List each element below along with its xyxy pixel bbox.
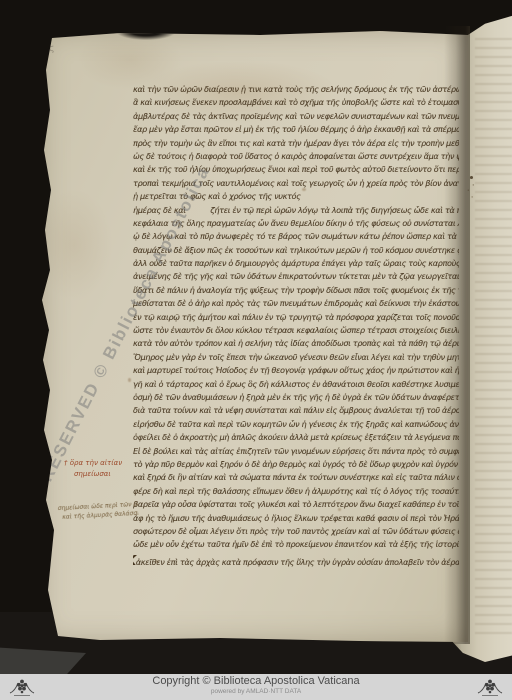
manuscript-text-line: ἀφ ἧς τὸ ἥμισυ τῆς ἀναθυμιάσεως ὁ ἥλιος …	[133, 514, 459, 527]
manuscript-text-line: ἀλλ οὐδὲ ταῦτα παρῆκεν ὁ δημιουργὸς ἀμάρ…	[133, 259, 459, 272]
manuscript-text-line: ᾗ μετρεῖται τὸ φῶς καὶ ὁ χρόνος τῆς νυκτ…	[133, 192, 459, 205]
manuscript-text-line: ὁσμὴ δὲ τῶν ἀναθυμιάσεων ἡ ξηρὰ μὲν ἐκ τ…	[133, 393, 459, 406]
marginal-note-red: † ὅρα τὴν αἰτίαν σημείωσαι	[64, 458, 134, 480]
facing-page-showthrough	[475, 38, 512, 636]
manuscript-text-line: διὰ ταῦτα τοίνυν καὶ τὰ νέφη συνίσταται …	[133, 406, 459, 419]
manuscript-text-line: Εἰ δὲ βούλει καὶ τὰς αἰτίας ἐπιζητεῖν τῶ…	[133, 447, 459, 460]
manuscript-text-line: ὕδατι δὲ πάλιν ἡ ἀναλογία τῆς ψύξεως τὴν…	[133, 286, 459, 299]
manuscript-text-line: ἐν τῷ καιρῷ τῆς ἀμήτου καὶ πάλιν ἐν τῷ τ…	[133, 313, 459, 326]
book-gutter-shadow	[444, 26, 470, 644]
ink-smudge	[470, 176, 473, 179]
cloth-fold-shadow	[116, 22, 176, 40]
marginal-note-red-line: † ὅρα τὴν αἰτίαν	[64, 458, 134, 469]
copyright-bar-text: Copyright © Biblioteca Apostolica Vatica…	[0, 675, 512, 696]
copyright-bar: Copyright © Biblioteca Apostolica Vatica…	[0, 674, 512, 700]
manuscript-text-line: κατὰ τὸν αὐτὸν τρόπον καὶ ἡ σελήνη τὰς ἰ…	[133, 339, 459, 352]
manuscript-text-line: ἃ καὶ κινήσεως ἕνεκεν προσλαμβάνει καὶ τ…	[133, 98, 459, 111]
marginal-note-brown: σημείωσαι ὧδε περὶ τῶν ὑδάτων καὶ τῆς ἁλ…	[58, 500, 139, 522]
manuscript-text-line: ᾧ δὲ λόγῳ καὶ τὸ πῦρ ἀνωφερὲς τό τε βάρο…	[133, 232, 459, 245]
manuscript-text-line: Κἀκεῖθεν ἐπὶ τὰς ἀρχὰς κατὰ πρόφασιν τῆς…	[133, 554, 459, 567]
manuscript-text-line: ὡς δὲ τούτοις ἡ διαφορὰ τοῦ ὕδατος ὁ και…	[133, 152, 459, 165]
manuscript-text-line: ὧδε μὲν οὖν ἐχέτω ταῦτα ἡμῖν δὲ ἐπὶ τὸ π…	[133, 540, 459, 553]
manuscript-text-line: Ὅμηρος μὲν γὰρ ἐν τοῖς ἔπεσι τὴν ὠκεανοῦ…	[133, 353, 459, 366]
manuscript-text-line: ὀφείλει δὲ ὁ ἀκροατὴς μὴ ἁπλῶς ἀκούειν ἀ…	[133, 433, 459, 446]
manuscript-text-line: θαυμάζειν δὲ ἄξιον πῶς ἐκ τοσούτων καὶ τ…	[133, 246, 459, 259]
manuscript-page: ϛ καὶ τὴν τῶν ὡρῶν διαίρεσιν ᾗ τινι κατὰ…	[40, 30, 468, 642]
foxing-spot	[128, 378, 131, 382]
manuscript-text-line: τροπαὶ τεκμήρια τοῖς ναυτιλλομένοις καὶ …	[133, 179, 459, 192]
manuscript-text-line: καὶ τὴν τῶν ὡρῶν διαίρεσιν ᾗ τινι κατὰ τ…	[133, 85, 459, 98]
corner-inscription: ϛ	[48, 44, 55, 55]
manuscript-text-line: καὶ μαρτυρεῖ τούτοις Ἡσίοδος ἐν τῇ θεογο…	[133, 366, 459, 379]
marginal-note-red-line: σημείωσαι	[74, 469, 134, 480]
powered-by-text: powered by AMLAD·NTT DATA	[0, 688, 512, 696]
manuscript-text-block: καὶ τὴν τῶν ὡρῶν διαίρεσιν ᾗ τινι κατὰ τ…	[133, 85, 459, 569]
manuscript-text-line: φέρε δὴ καὶ περὶ τῆς θαλάσσης εἴπωμεν ὅθ…	[133, 487, 459, 500]
manuscript-text-line: ἡμέρας δὲ καὶ ζήτει ἐν τῷ περὶ ὡρῶν λόγῳ…	[133, 206, 459, 219]
manuscript-text-line: κεφάλαια τῆς ὅλης πραγματείας ὧν ἄνευ θε…	[133, 219, 459, 232]
manuscript-text-line: εἰρήσθω δὲ ταῦτα καὶ περὶ τῶν κομητῶν ὧν…	[133, 420, 459, 433]
manuscript-text-line: ἔαρ μὲν γὰρ ἔσται πρῶτον εἰ μὴ ἐκ τῆς το…	[133, 125, 459, 138]
copyright-text: Copyright © Biblioteca Apostolica Vatica…	[0, 675, 512, 688]
manuscript-text-line: καὶ ξηρά δι ἣν αἰτίαν καὶ τὰ σώματα πάντ…	[133, 473, 459, 486]
manuscript-text-line: βαρεῖα γὰρ οὖσα ὑφίσταται τοῖς γλυκέσι κ…	[133, 500, 459, 513]
manuscript-text-line: πρὸς τὴν τομὴν ὡς ἂν εἴποι τις καὶ κατὰ …	[133, 139, 459, 152]
manuscript-text-line: καὶ ἐκ τῆς τοῦ ἡλίου ὑποχωρήσεως ἔνιοι κ…	[133, 165, 459, 178]
manuscript-text-line: ἀνειμένης δὲ τῆς γῆς καὶ τῶν ὑδάτων ἐπικ…	[133, 272, 459, 285]
scan-viewport: ϛ καὶ τὴν τῶν ὡρῶν διαίρεσιν ᾗ τινι κατὰ…	[0, 0, 512, 700]
manuscript-text-line: τὸ γὰρ πῦρ θερμὸν καὶ ξηρόν ὁ δὲ ἀὴρ θερ…	[133, 460, 459, 473]
manuscript-text-line: ἀμβλυτέρας δὲ τὰς ἀκτῖνας προϊεμένης καὶ…	[133, 112, 459, 125]
manuscript-text-line: γῆ καὶ ὁ τάρταρος καὶ ὁ ἔρως ὃς δὴ κάλλι…	[133, 380, 459, 393]
manuscript-text-line: μεθίσταται δὲ ὁ ἀὴρ καὶ πρὸς τὰς τῶν πνε…	[133, 299, 459, 312]
manuscript-text-line: σοφώτερον δὲ οἶμαι λέγειν ὅτι πρὸς τὴν τ…	[133, 527, 459, 540]
manuscript-text-line: ὥστε τὸν ἐνιαυτὸν δι ὅλου κύκλου τέτρασι…	[133, 326, 459, 339]
